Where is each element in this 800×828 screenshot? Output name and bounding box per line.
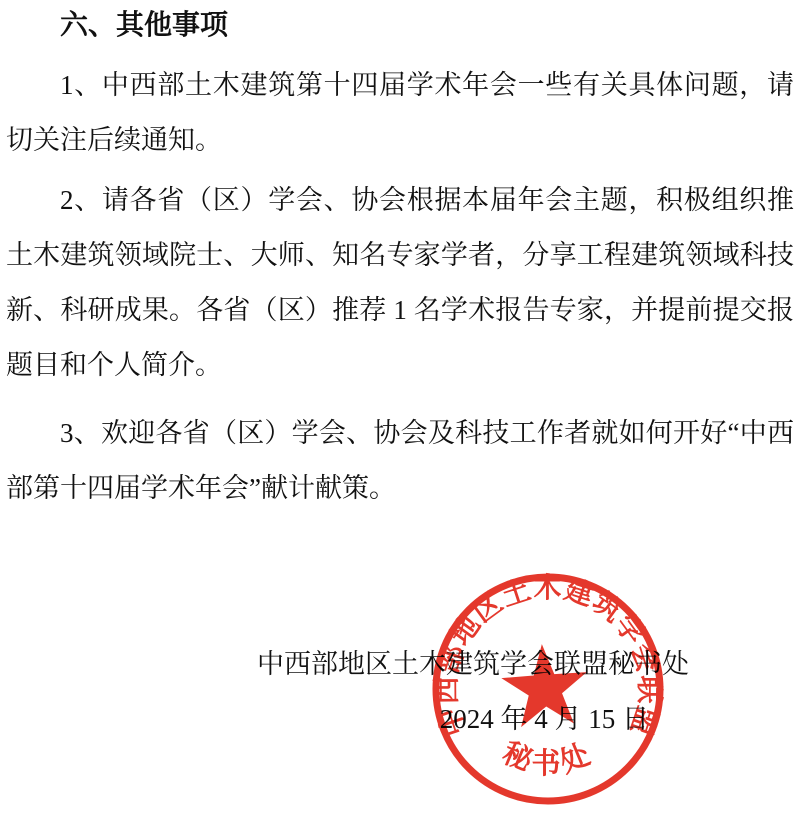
document-page: 六、其他事项 1、中西部土木建筑第十四届学术年会一些有关具体问题，请密 切关注后… — [0, 0, 800, 828]
paragraph-3-line-1: 3、欢迎各省（区）学会、协会及科技工作者就如何开好“中西 — [6, 406, 794, 461]
signature-block: 中西部地区土木建筑学会联盟秘书处 2024 年 4 月 15 日 — [6, 637, 794, 747]
paragraph-1-line-1: 1、中西部土木建筑第十四届学术年会一些有关具体问题，请密 — [6, 58, 794, 113]
paragraph-1-line-2: 切关注后续通知。 — [6, 113, 794, 168]
signature-org: 中西部地区土木建筑学会联盟秘书处 — [6, 637, 794, 692]
document-body: 六、其他事项 1、中西部土木建筑第十四届学术年会一些有关具体问题，请密 切关注后… — [0, 6, 800, 747]
paragraph-2-line-1: 2、请各省（区）学会、协会根据本届年会主题，积极组织推荐 — [6, 173, 794, 228]
paragraph-3-line-2: 部第十四届学术年会”献计献策。 — [6, 461, 794, 516]
paragraph-2: 2、请各省（区）学会、协会根据本届年会主题，积极组织推荐 土木建筑领域院士、大师… — [6, 173, 794, 393]
paragraph-1: 1、中西部土木建筑第十四届学术年会一些有关具体问题，请密 切关注后续通知。 — [6, 58, 794, 168]
paragraph-2-line-4: 题目和个人简介。 — [6, 338, 794, 393]
paragraph-2-line-2: 土木建筑领域院士、大师、知名专家学者，分享工程建筑领域科技创 — [6, 228, 794, 283]
paragraph-2-line-3: 新、科研成果。各省（区）推荐 1 名学术报告专家，并提前提交报告 — [6, 283, 794, 338]
paragraph-3: 3、欢迎各省（区）学会、协会及科技工作者就如何开好“中西 部第十四届学术年会”献… — [6, 406, 794, 516]
signature-date: 2024 年 4 月 15 日 — [6, 692, 794, 747]
section-heading: 六、其他事项 — [6, 6, 794, 46]
